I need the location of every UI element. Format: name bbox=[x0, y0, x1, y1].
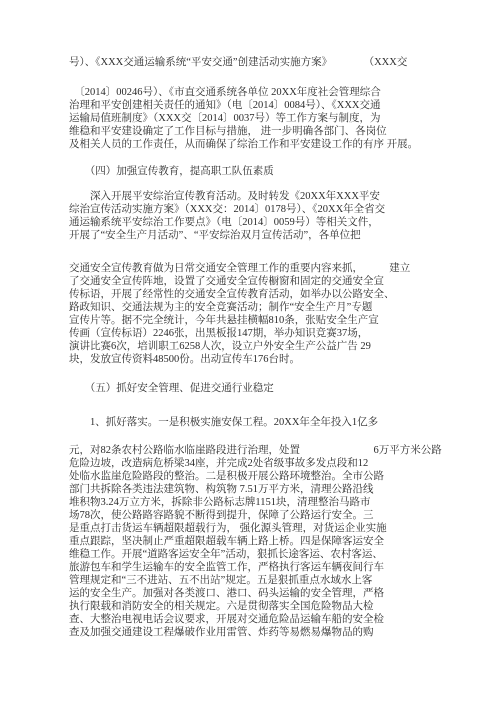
text-line: 查、大整治电视电话会议要求，开展对交通危险品运输车船的安全检 bbox=[69, 613, 460, 626]
text-line: 执行限载和消防安全的相关规定。六是贯彻落实全国危险物品大检 bbox=[69, 600, 460, 613]
paragraph: 号）、《XXX交通运输系统“平安交通”创建活动实施方案》 （XXX交 bbox=[69, 56, 460, 69]
paragraph: 元，对82条农村公路临水临崖路段进行治理，处置 6万平方米公路危险边坡，改造病危… bbox=[69, 444, 460, 639]
paragraph: 交通安全宣传教育做为日常交通安全管理工作的重要内容来抓， 建立了交通安全宣传阵地… bbox=[69, 262, 460, 366]
text-line: 开展了“安全生产月活动”、“平安综治双月宣传活动”，各单位把 bbox=[69, 229, 460, 242]
text-line: 重点跟踪，坚决制止严重超限超载车辆上路上桥。四是保障客运安全 bbox=[69, 535, 460, 548]
text-line: 场78次，使公路路容路貌不断得到提升，保障了公路运行安全。三 bbox=[69, 509, 460, 522]
text-line: 维稳和平安建设确定了工作目标与措施， 进一步明确各部门、各岗位 bbox=[69, 125, 460, 138]
document-body: 号）、《XXX交通运输系统“平安交通”创建活动实施方案》 （XXX交 〔2014… bbox=[69, 56, 460, 639]
text-line: 管理规定和“三不进站、五不出站”规定。五是狠抓重点水域水上客 bbox=[69, 574, 460, 587]
text-line: 运的安全生产。加强对各类渡口、港口、码头运输的安全管理，严格 bbox=[69, 587, 460, 600]
text-line: 部门共拆除各类违法建筑物、构筑物 7.51万平方米，清理公路沿线 bbox=[69, 483, 460, 496]
text-line: 维稳工作。开展“道路客运安全年”活动，狠抓长途客运、农村客运、 bbox=[69, 548, 460, 561]
text-line: 处临水监崖危险路段的整治。二是积极开展公路环境整治。全市公路 bbox=[69, 470, 460, 483]
text-line: 及相关人员的工作责任，从而确保了综治工作和平安建设工作的有序 开展。 bbox=[69, 138, 460, 151]
paragraph: 1、抓好落实。一是积极实施安保工程。20XX年全年投入1亿多 bbox=[69, 416, 460, 429]
paragraph: 深入开展平安综治宣传教育活动。及时转发《20XX年XXX平安综治宣传活动实施方案… bbox=[69, 190, 460, 242]
text-line: 运输局值班制度》（XXX交〔2014〕0037号）等工作方案与制度，为 bbox=[69, 112, 460, 125]
text-line: 治理和平安创建相关责任的通知》（电〔2014〕0084号）、《XXX交通 bbox=[69, 99, 460, 112]
heading-line: （五）抓好安全管理、促进交通行业稳定 bbox=[69, 382, 460, 395]
text-line: 综治宣传活动实施方案》（XXX交：2014〕0178号）、《20XX年全省交 bbox=[69, 203, 460, 216]
text-line: 深入开展平安综治宣传教育活动。及时转发《20XX年XXX平安 bbox=[69, 190, 460, 203]
heading-line: （四）加强宣传教育，提高职工队伍素质 bbox=[69, 165, 460, 178]
section-heading: （四）加强宣传教育，提高职工队伍素质 bbox=[69, 165, 460, 178]
text-line: 旅游包车和学生运输车的安全监管工作，严格执行客运车辆夜间行车 bbox=[69, 561, 460, 574]
text-line: 宣传片等。据不完全统计，今年共悬挂横幅810条，张贴安全生产宣 bbox=[69, 314, 460, 327]
text-line: 演讲比赛6次，培训职工6258人次，设立户外安全生产公益广告 29 bbox=[69, 340, 460, 353]
section-heading: （五）抓好安全管理、促进交通行业稳定 bbox=[69, 382, 460, 395]
text-line: 块，发放宣传资料48500份。出动宣传车176台时。 bbox=[69, 353, 460, 366]
paragraph: 〔2014〕00246号）、《市直交通系统各单位 20XX年度社会管理综合治理和… bbox=[69, 86, 460, 151]
text-line: 查及加强交通建设工程爆破作业用雷管、炸药等易燃易爆物品的购 bbox=[69, 626, 460, 639]
text-line: 危险边坡，改造病危桥梁34座，并完成2处省级事故多发点段和12 bbox=[69, 457, 460, 470]
text-line: 号）、《XXX交通运输系统“平安交通”创建活动实施方案》 （XXX交 bbox=[69, 56, 460, 69]
text-line: 元，对82条农村公路临水临崖路段进行治理，处置 6万平方米公路 bbox=[69, 444, 460, 457]
text-line: 交通安全宣传教育做为日常交通安全管理工作的重要内容来抓， 建立 bbox=[69, 262, 460, 275]
text-line: 1、抓好落实。一是积极实施安保工程。20XX年全年投入1亿多 bbox=[69, 416, 460, 429]
text-line: 路政知识、交通法规为主的安全竞赛活动；制作“安全生产月”专题 bbox=[69, 301, 460, 314]
text-line: 了交通安全宣传阵地，设置了交通安全宣传橱窗和固定的交通安全宣 bbox=[69, 275, 460, 288]
document-page: 号）、《XXX交通运输系统“平安交通”创建活动实施方案》 （XXX交 〔2014… bbox=[0, 0, 500, 708]
text-line: 堆积物3.24万立方米，拆除非公路标志牌1151块，清理整治马路市 bbox=[69, 496, 460, 509]
text-line: 传标语，开展了经常性的交通安全宣传教育活动，如举办以公路安全、 bbox=[69, 288, 460, 301]
text-line: 是重点打击货运车辆超限超载行为， 强化源头管理，对货运企业实施 bbox=[69, 522, 460, 535]
text-line: 〔2014〕00246号）、《市直交通系统各单位 20XX年度社会管理综合 bbox=[69, 86, 460, 99]
text-line: 传画（宣传标语）2246张，出黑板报147期，举办知识竞赛37场， bbox=[69, 327, 460, 340]
text-line: 通运输系统平安综治工作要点》（电〔2014〕0059号）等相关文件， bbox=[69, 216, 460, 229]
